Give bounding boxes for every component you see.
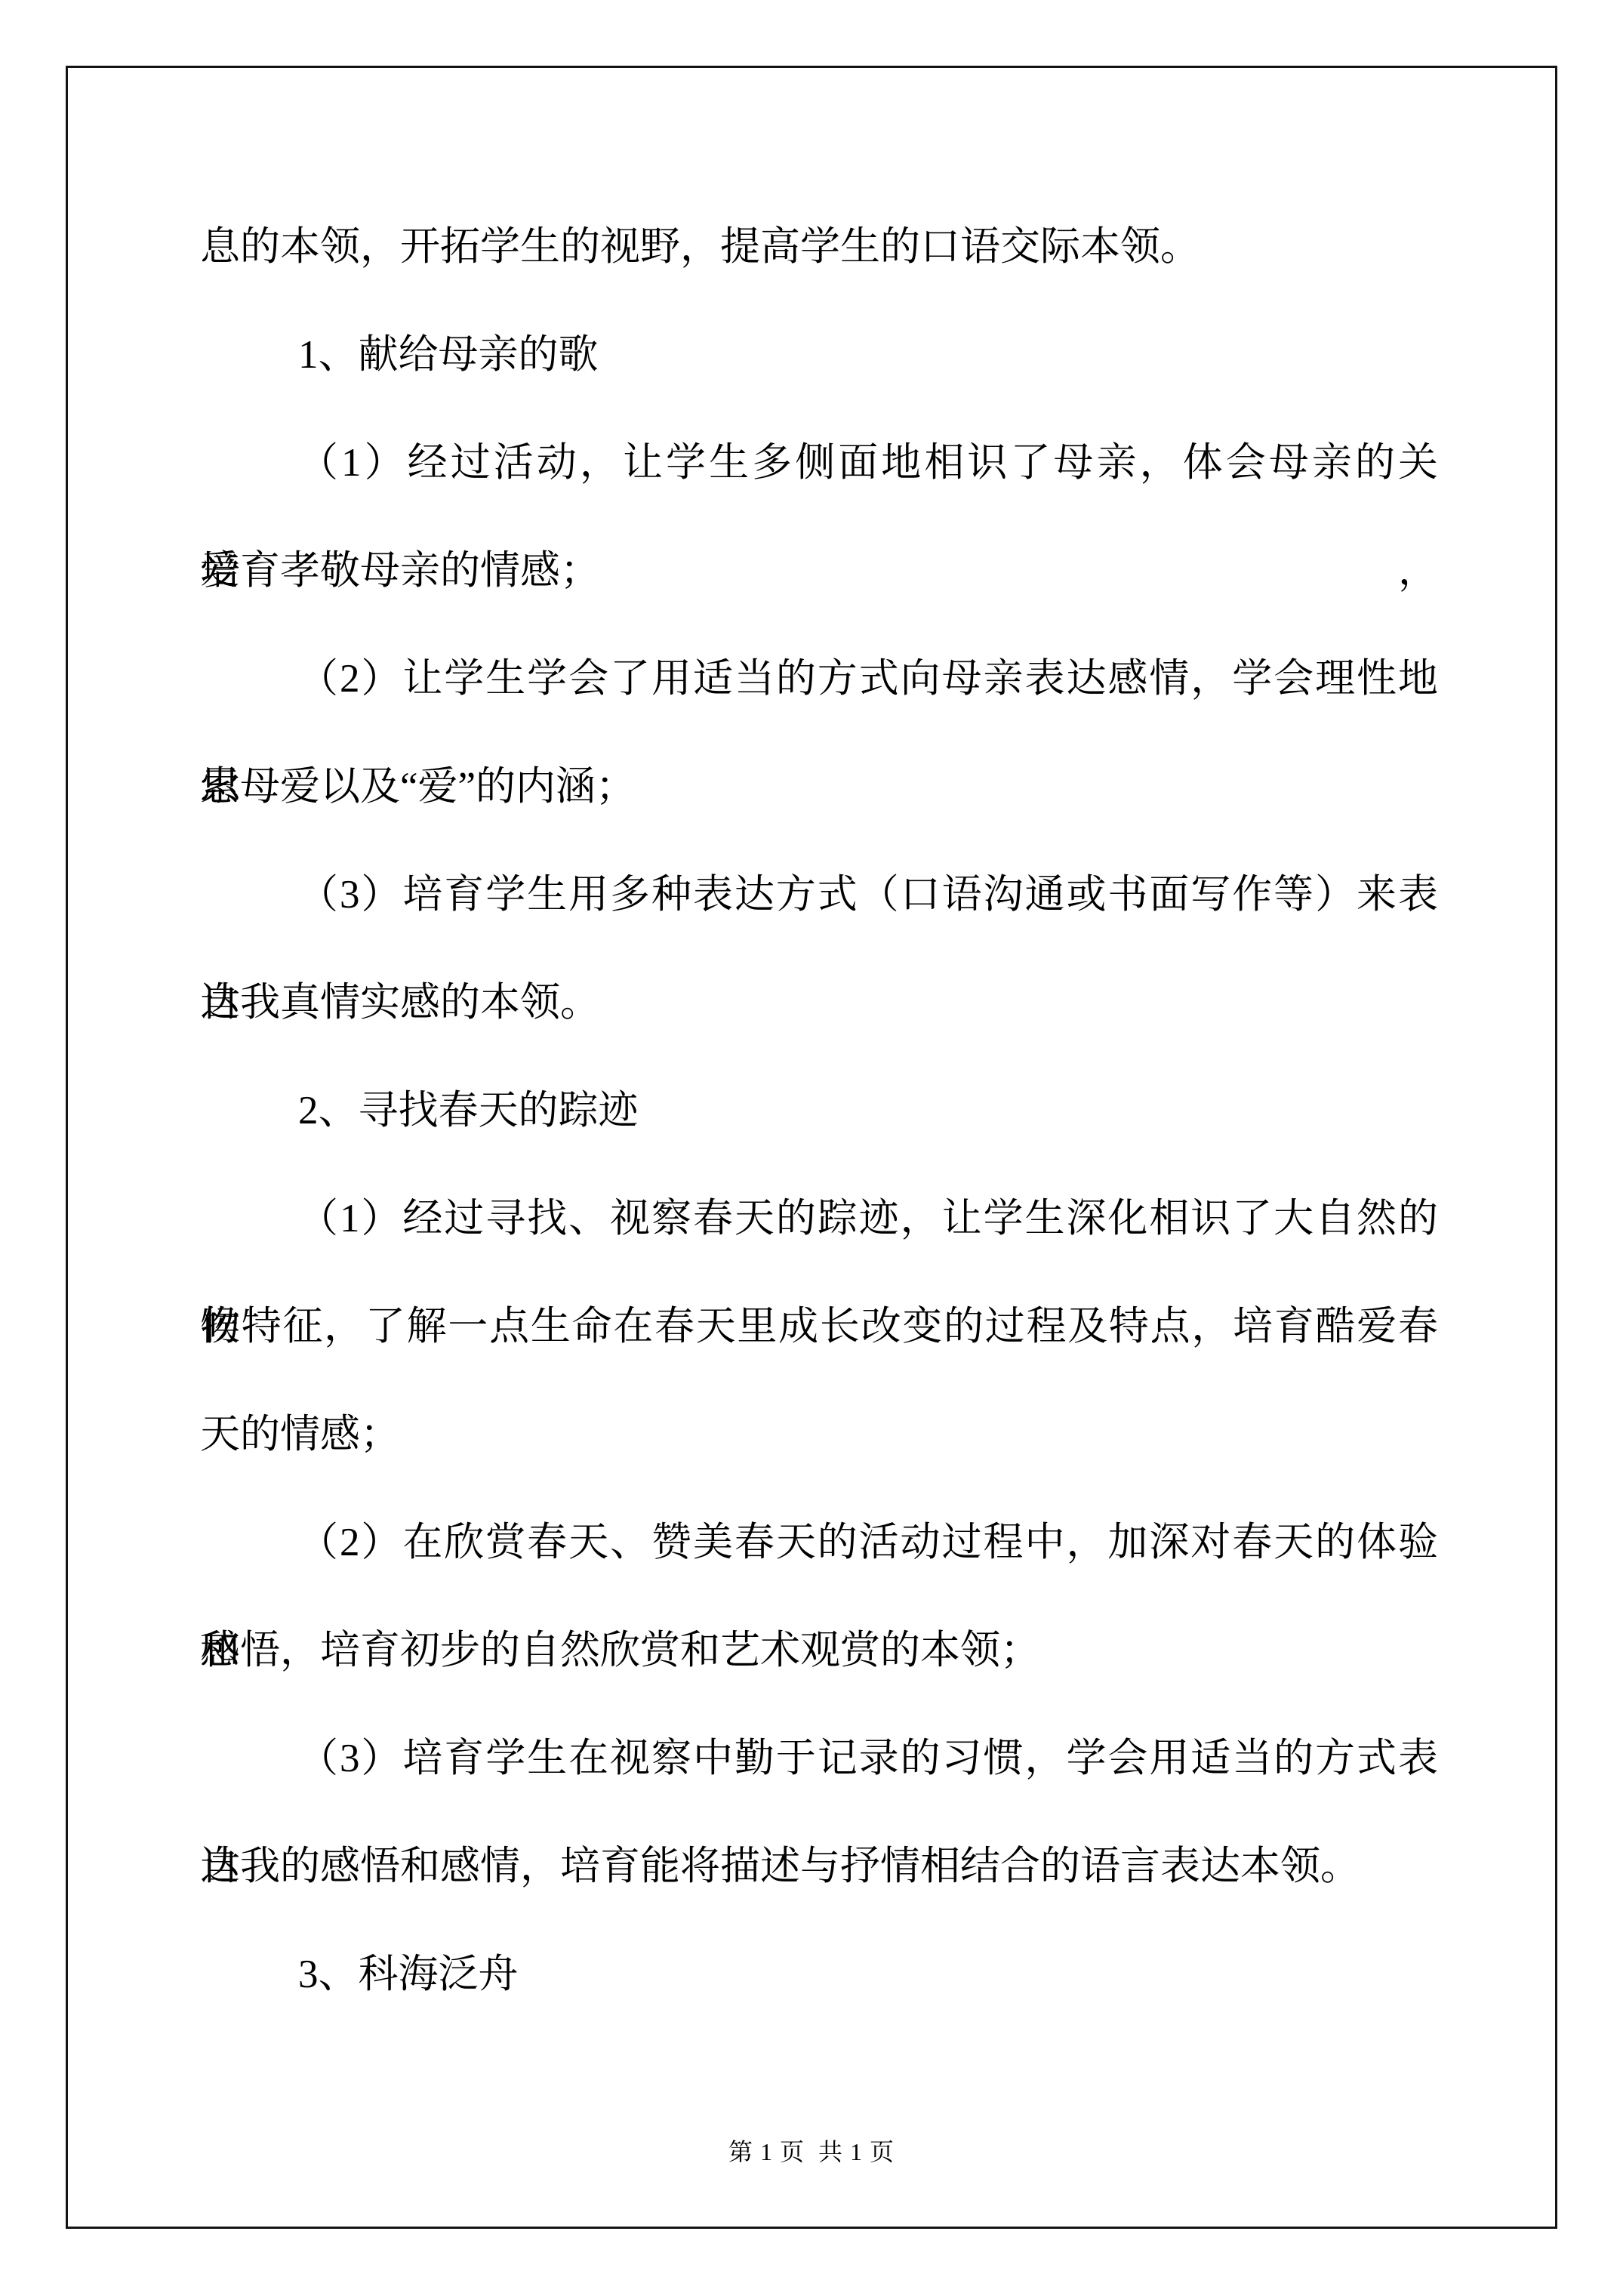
text-line: （1）经过寻找、视察春天的踪迹，让学生深化相识了大自然的物 [200, 1165, 1438, 1273]
text-line: （1）经过活动，让学生多侧面地相识了母亲，体会母亲的关爱， [200, 409, 1438, 517]
text-line: 索母爱以及“爱”的内涵； [200, 733, 1438, 841]
page-number-footer: 第 1 页 共 1 页 [68, 2133, 1555, 2168]
text-line: （2）让学生学会了用适当的方式向母亲表达感情，学会理性地思 [200, 625, 1438, 733]
text-line: 感悟，培育初步的自然欣赏和艺术观赏的本领； [200, 1597, 1438, 1705]
text-line: 3、科海泛舟 [200, 1921, 1438, 2029]
document-page: 息的本领，开拓学生的视野，提高学生的口语交际本领。1、献给母亲的歌（1）经过活动… [0, 0, 1623, 2296]
text-line: （3）培育学生用多种表达方式（口语沟通或书面写作等）来表达 [200, 841, 1438, 949]
text-line: （2）在欣赏春天、赞美春天的活动过程中，加深对春天的体验和 [200, 1489, 1438, 1597]
text-line: 1、献给母亲的歌 [200, 301, 1438, 409]
text-line: 候特征，了解一点生命在春天里成长改变的过程及特点，培育酷爱春 [200, 1273, 1438, 1381]
text-line: 2、寻找春天的踪迹 [200, 1057, 1438, 1165]
text-line: 息的本领，开拓学生的视野，提高学生的口语交际本领。 [200, 193, 1438, 301]
text-line: 自我真情实感的本领。 [200, 949, 1438, 1057]
text-line: 天的情感； [200, 1381, 1438, 1489]
text-line: 自我的感悟和感情，培育能将描述与抒情相结合的语言表达本领。 [200, 1813, 1438, 1921]
text-line: （3）培育学生在视察中勤于记录的习惯，学会用适当的方式表达 [200, 1705, 1438, 1813]
page-border-frame: 息的本领，开拓学生的视野，提高学生的口语交际本领。1、献给母亲的歌（1）经过活动… [66, 66, 1557, 2229]
document-body: 息的本领，开拓学生的视野，提高学生的口语交际本领。1、献给母亲的歌（1）经过活动… [200, 193, 1438, 2029]
